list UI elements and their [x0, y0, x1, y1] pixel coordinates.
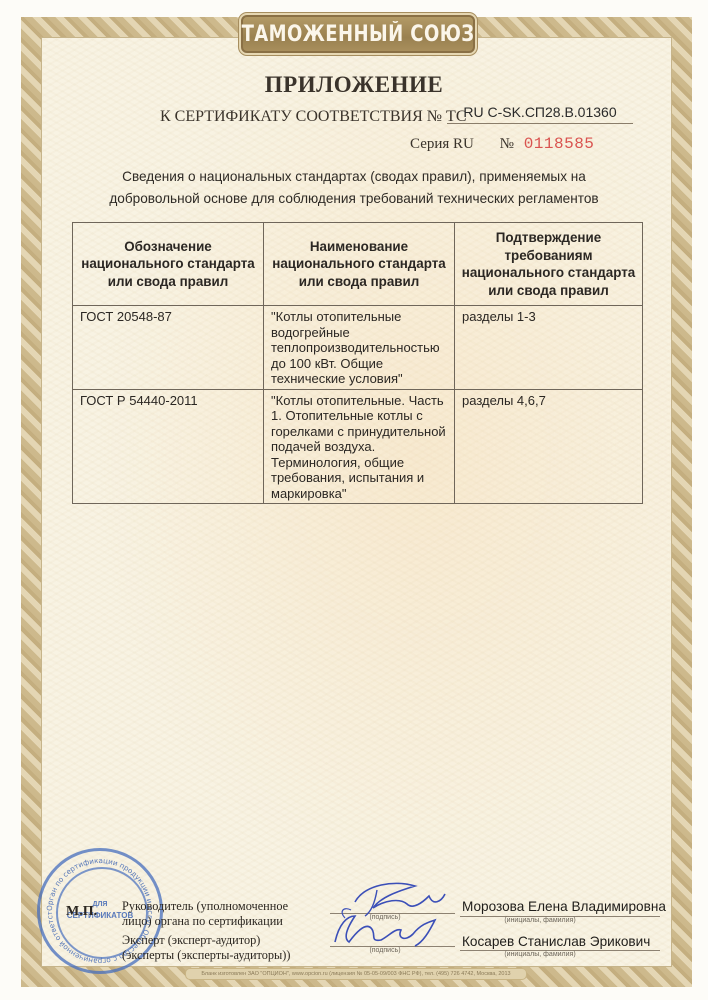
cell-name: "Котлы отопительные водогрейные теплопро…	[264, 306, 455, 390]
expert-label-line1: Эксперт (эксперт-аудитор)	[122, 933, 291, 948]
cell-designation: ГОСТ 20548-87	[73, 306, 264, 390]
union-banner-text: ТАМОЖЕННЫЙ СОЮЗ	[242, 22, 475, 47]
certificate-number-underline	[447, 123, 633, 124]
column-header-designation: Обозначение национального стандарта или …	[73, 223, 264, 306]
expert-signature-hint: (подпись)	[350, 947, 420, 954]
customs-union-banner: ТАМОЖЕННЫЙ СОЮЗ	[241, 15, 475, 53]
cell-confirmation: разделы 1-3	[455, 306, 643, 390]
expert-label: Эксперт (эксперт-аудитор) (эксперты (экс…	[122, 933, 291, 963]
serial-number: 0118585	[524, 135, 595, 153]
cell-confirmation: разделы 4,6,7	[455, 389, 643, 504]
page-title: ПРИЛОЖЕНИЕ	[0, 72, 708, 98]
head-label-line2: лицо) органа по сертификации	[122, 914, 288, 929]
stamp-place-label: М.П.	[66, 904, 97, 920]
column-header-name: Наименование национального стандарта или…	[264, 223, 455, 306]
standards-table: Обозначение национального стандарта или …	[72, 222, 643, 504]
number-label: №	[500, 136, 514, 152]
column-header-confirmation: Подтверждение требованиям национального …	[455, 223, 643, 306]
cell-name: "Котлы отопительные. Часть 1. Отопительн…	[264, 389, 455, 504]
table-header-row: Обозначение национального стандарта или …	[73, 223, 643, 306]
certificate-page: ТАМОЖЕННЫЙ СОЮЗ ПРИЛОЖЕНИЕ К СЕРТИФИКАТУ…	[0, 0, 708, 1000]
expert-label-line2: (эксперты (эксперты-аудиторы))	[122, 948, 291, 963]
head-signature-hint: (подпись)	[350, 914, 420, 921]
table-row: ГОСТ 20548-87 "Котлы отопительные водогр…	[73, 306, 643, 390]
cell-designation: ГОСТ Р 54440-2011	[73, 389, 264, 504]
head-label: Руководитель (уполномоченное лицо) орган…	[122, 899, 288, 929]
printer-note: Бланк изготовлен ЗАО "ОПЦИОН", www.opcio…	[185, 968, 527, 980]
expert-name: Косарев Станислав Эрикович	[462, 934, 650, 949]
certificate-number: RU C-SK.СП28.B.01360	[450, 104, 630, 120]
expert-name-hint: (инициалы, фамилия)	[480, 951, 600, 958]
series-label: Серия	[410, 136, 449, 152]
series-line: Серия RU № 0118585	[410, 135, 594, 153]
series-value: RU	[453, 136, 474, 152]
intro-text: Сведения о национальных стандартах (свод…	[80, 166, 628, 210]
certificate-label: К СЕРТИФИКАТУ СООТВЕТСТВИЯ № ТС	[160, 108, 466, 126]
head-label-line1: Руководитель (уполномоченное	[122, 899, 288, 914]
table-row: ГОСТ Р 54440-2011 "Котлы отопительные. Ч…	[73, 389, 643, 504]
head-name: Морозова Елена Владимировна	[462, 899, 666, 914]
head-name-hint: (инициалы, фамилия)	[480, 917, 600, 924]
